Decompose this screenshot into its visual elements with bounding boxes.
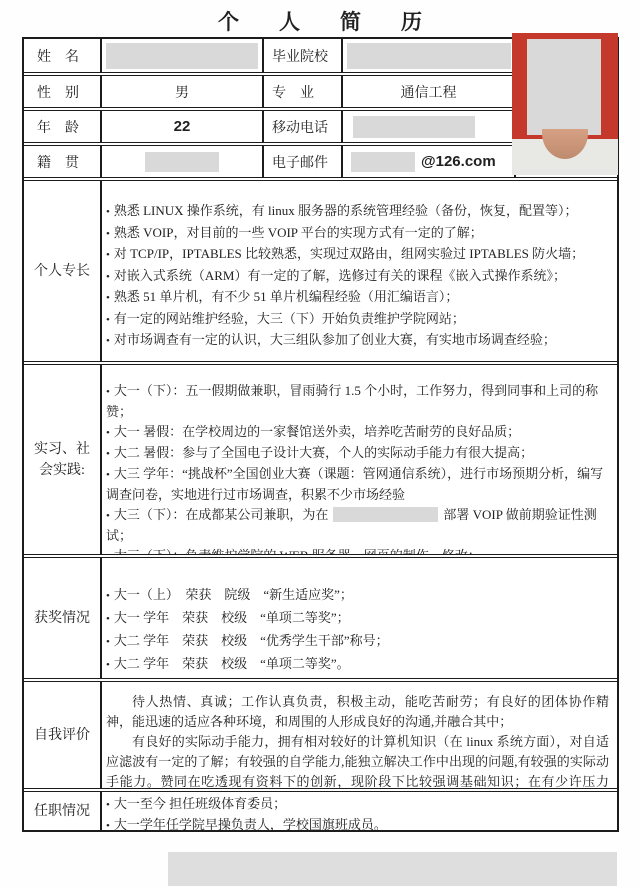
self-evaluation-label: 自我评价 bbox=[24, 682, 102, 788]
awards-item: 大一 学年 荣获 校级 “单项二等奖”； bbox=[106, 607, 609, 630]
skills-item: 对市场调查有一定的认识，大三组队参加了创业大赛，有实地市场调查经验； bbox=[106, 330, 609, 352]
practice-label: 实习、社会实践: bbox=[24, 365, 102, 554]
skills-item: 熟悉 VOIP，对目前的一些 VOIP 平台的实现方式有一定的了解； bbox=[106, 223, 609, 245]
origin-redaction bbox=[145, 152, 219, 172]
section-awards: 获奖情况 大一（上） 荣获 院级 “新生适应奖”； 大一 学年 荣获 校级 “单… bbox=[24, 554, 617, 678]
positions-content: 大一至今 担任班级体育委员； 大一学年任学院早操负责人，学校国旗班成员。 bbox=[102, 792, 617, 830]
practice-item: 大一 暑假：在学校周边的一家餐馆送外卖，培养吃苦耐劳的良好品质； bbox=[106, 422, 609, 443]
major-value: 通信工程 bbox=[343, 76, 516, 107]
page-title: 个人简历 bbox=[0, 6, 640, 36]
origin-label: 籍 贯 bbox=[24, 146, 102, 177]
footer-redaction bbox=[168, 852, 617, 886]
email-value: @126.com bbox=[343, 146, 516, 177]
practice-item: 大三 学年：“挑战杯”全国创业大赛（课题：管网通信系统），进行市场预期分析，编写… bbox=[106, 464, 609, 505]
phone-redaction bbox=[353, 116, 475, 138]
skills-item: 熟悉 LINUX 操作系统，有 linux 服务器的系统管理经验（备份，恢复，配… bbox=[106, 201, 609, 223]
name-redaction bbox=[106, 43, 258, 69]
awards-item: 大二 学年 荣获 校级 “单项二等奖”。 bbox=[106, 653, 609, 676]
section-self-evaluation: 自我评价 待人热情、真诚；工作认真负责，积极主动，能吃苦耐劳；有良好的团体协作精… bbox=[24, 678, 617, 788]
email-suffix: @126.com bbox=[421, 153, 496, 170]
email-label: 电子邮件 bbox=[264, 146, 343, 177]
school-label: 毕业院校 bbox=[264, 39, 343, 72]
self-evaluation-paragraph: 待人热情、真诚；工作认真负责，积极主动，能吃苦耐劳；有良好的团体协作精神，能迅速… bbox=[106, 692, 609, 732]
age-value: 22 bbox=[102, 111, 264, 142]
name-label: 姓 名 bbox=[24, 39, 102, 72]
skills-label: 个人专长 bbox=[24, 181, 102, 361]
positions-item: 大一至今 担任班级体育委员； bbox=[106, 794, 609, 815]
skills-item: 对 TCP/IP，IPTABLES 比较熟悉，实现过双路由，组网实验过 IPTA… bbox=[106, 244, 609, 266]
practice-item: 大三（下）：在成都某公司兼职，为在部署 VOIP 做前期验证性测试； bbox=[106, 505, 609, 546]
face-redaction bbox=[527, 39, 601, 135]
practice-item: 大一（下）：五一假期做兼职，冒雨骑行 1.5 个小时，工作努力，得到同事和上司的… bbox=[106, 381, 609, 422]
major-label: 专 业 bbox=[264, 76, 343, 107]
email-redaction bbox=[351, 152, 415, 172]
gender-value: 男 bbox=[102, 76, 264, 107]
age-label: 年 龄 bbox=[24, 111, 102, 142]
resume-page: 个人简历 姓 名 毕业院校 性 别 男 专 业 通信工程 年 龄 22 移动电话 bbox=[0, 0, 640, 888]
origin-value bbox=[102, 146, 264, 177]
skills-item: 有一定的网站维护经验，大三（下）开始负责维护学院网站； bbox=[106, 309, 609, 331]
awards-content: 大一（上） 荣获 院级 “新生适应奖”； 大一 学年 荣获 校级 “单项二等奖”… bbox=[102, 558, 617, 678]
school-value bbox=[343, 39, 516, 72]
self-evaluation-content: 待人热情、真诚；工作认真负责，积极主动，能吃苦耐劳；有良好的团体协作精神，能迅速… bbox=[102, 682, 617, 788]
positions-label: 任职情况 bbox=[24, 792, 102, 830]
awards-item: 大一（上） 荣获 院级 “新生适应奖”； bbox=[106, 584, 609, 607]
skills-content: 熟悉 LINUX 操作系统，有 linux 服务器的系统管理经验（备份，恢复，配… bbox=[102, 181, 617, 361]
photo bbox=[512, 33, 618, 175]
skills-item: 对嵌入式系统（ARM）有一定的了解，选修过有关的课程《嵌入式操作系统》； bbox=[106, 266, 609, 288]
awards-label: 获奖情况 bbox=[24, 558, 102, 678]
company-redaction bbox=[333, 507, 438, 522]
positions-item: 大一学年任学院早操负责人，学校国旗班成员。 bbox=[106, 815, 609, 830]
section-practice: 实习、社会实践: 大一（下）：五一假期做兼职，冒雨骑行 1.5 个小时，工作努力… bbox=[24, 361, 617, 554]
practice-content: 大一（下）：五一假期做兼职，冒雨骑行 1.5 个小时，工作努力，得到同事和上司的… bbox=[102, 365, 617, 554]
phone-value bbox=[343, 111, 516, 142]
gender-label: 性 别 bbox=[24, 76, 102, 107]
practice-item: 大三（下）：负责维护学院的 WEB 服务器，网页的制作，修改； bbox=[106, 546, 609, 554]
practice-item-text: 大三（下）：在成都某公司兼职，为在 bbox=[114, 507, 329, 522]
phone-label: 移动电话 bbox=[264, 111, 343, 142]
practice-item: 大二 暑假：参与了全国电子设计大赛，个人的实际动手能力有很大提高； bbox=[106, 443, 609, 464]
skills-item: 熟悉 51 单片机，有不少 51 单片机编程经验（用汇编语言）； bbox=[106, 287, 609, 309]
self-evaluation-paragraph: 有良好的实际动手能力，拥有相对较好的计算机知识（在 linux 系统方面），对自… bbox=[106, 732, 609, 788]
name-value bbox=[102, 39, 264, 72]
section-positions: 任职情况 大一至今 担任班级体育委员； 大一学年任学院早操负责人，学校国旗班成员… bbox=[24, 788, 617, 830]
awards-item: 大二 学年 荣获 校级 “优秀学生干部”称号； bbox=[106, 630, 609, 653]
school-redaction bbox=[347, 43, 511, 69]
section-skills: 个人专长 熟悉 LINUX 操作系统，有 linux 服务器的系统管理经验（备份… bbox=[24, 177, 617, 361]
